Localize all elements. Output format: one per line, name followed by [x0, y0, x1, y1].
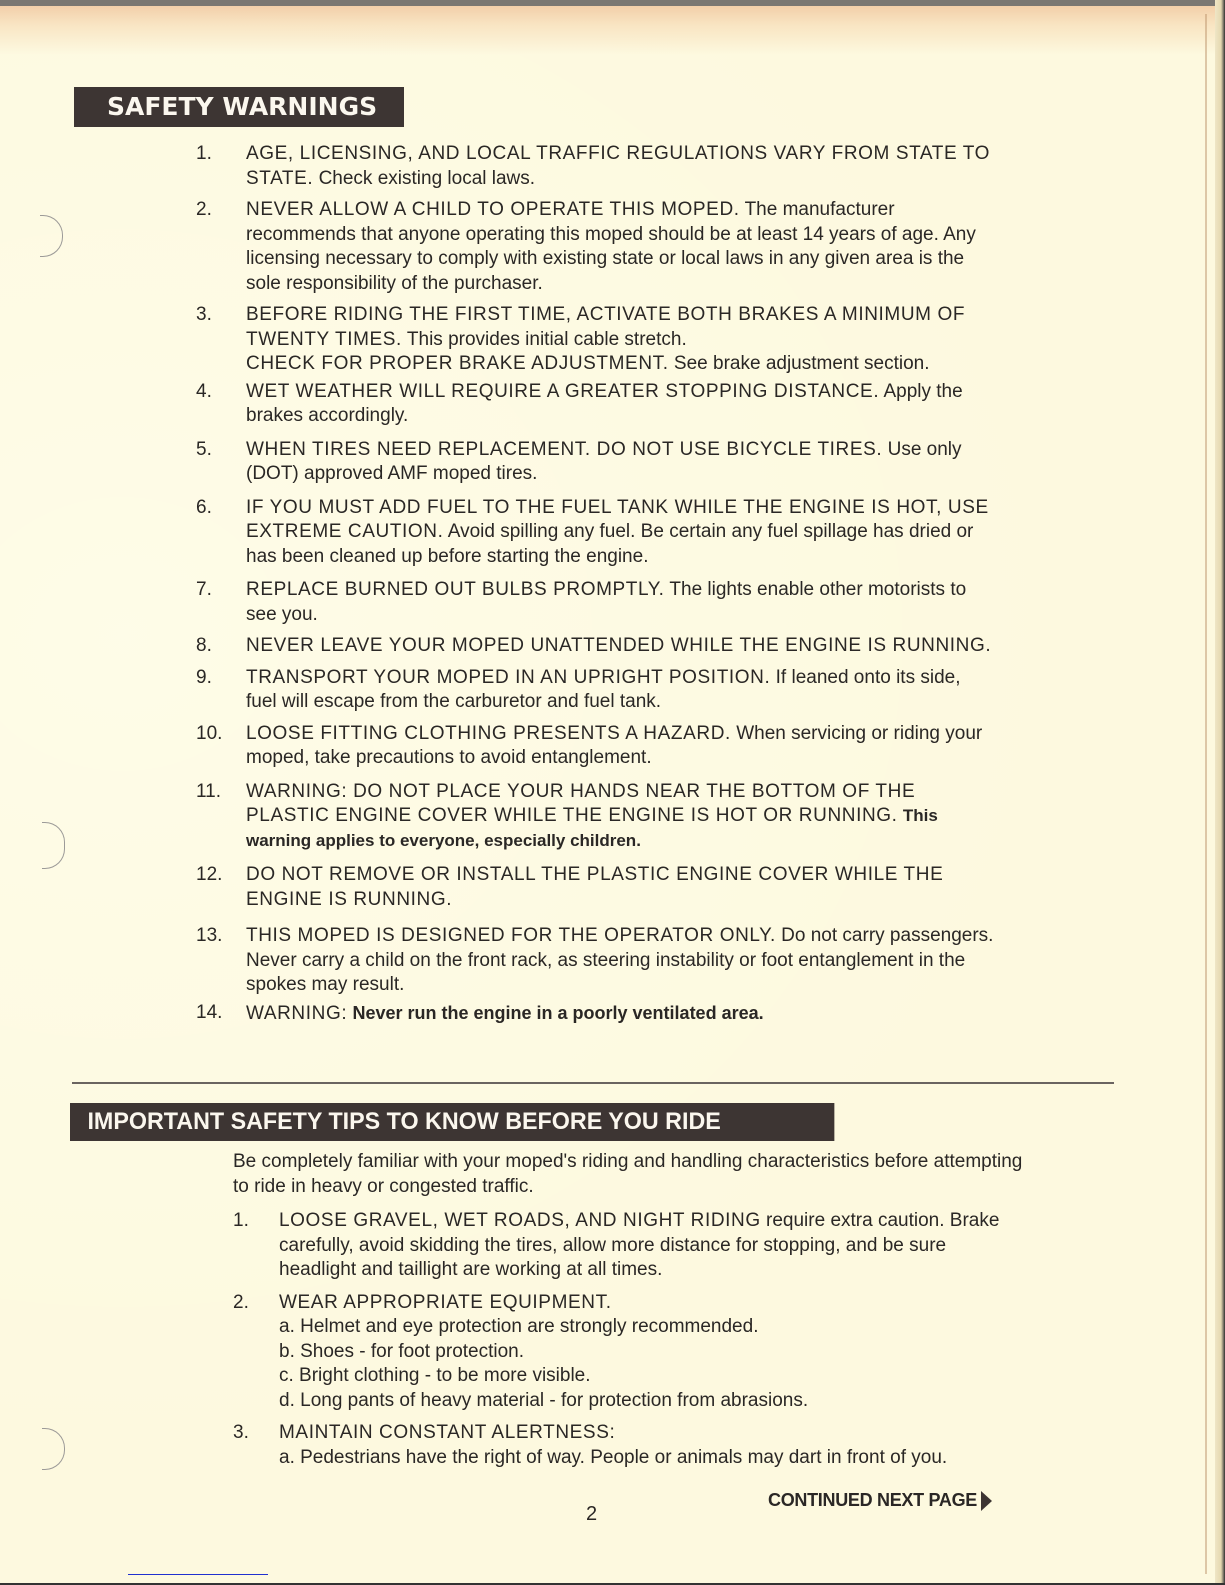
scan-top-edge: [0, 0, 1225, 6]
tip-headline: WEAR APPROPRIATE EQUIPMENT.: [279, 1292, 612, 1313]
safety-tips-section: Be completely familiar with your moped's…: [233, 1150, 1028, 1478]
item-number: 8.: [196, 634, 212, 659]
warning-item: 14.WARNING: Never run the engine in a po…: [196, 1001, 996, 1027]
safety-warnings-heading: SAFETY WARNINGS: [74, 87, 404, 127]
page-fold-line: [1205, 14, 1207, 1574]
item-number: 1.: [196, 142, 212, 167]
item-number: 1.: [233, 1209, 249, 1234]
item-number: 9.: [196, 666, 212, 691]
warning-text: This provides initial cable stretch.: [407, 329, 687, 350]
safety-tips-heading: IMPORTANT SAFETY TIPS TO KNOW BEFORE YOU…: [70, 1103, 834, 1141]
item-number: 12.: [196, 863, 222, 888]
warning-item: 5.WHEN TIRES NEED REPLACEMENT. DO NOT US…: [196, 438, 996, 487]
warning-headline: WARNING:: [246, 1003, 347, 1024]
item-number: 4.: [196, 380, 212, 405]
item-number: 3.: [233, 1421, 249, 1446]
item-number: 11.: [196, 780, 221, 805]
item-number: 6.: [196, 496, 212, 521]
warning-headline: LOOSE FITTING CLOTHING PRESENTS A HAZARD…: [246, 723, 731, 744]
item-number: 3.: [196, 303, 212, 328]
warning-item: 1.AGE, LICENSING, AND LOCAL TRAFFIC REGU…: [196, 142, 996, 191]
tip-item: 1.LOOSE GRAVEL, WET ROADS, AND NIGHT RID…: [233, 1209, 1028, 1283]
warning-headline: THIS MOPED IS DESIGNED FOR THE OPERATOR …: [246, 925, 776, 946]
warning-text: Never run the engine in a poorly ventila…: [352, 1003, 763, 1023]
item-number: 10.: [196, 722, 222, 747]
item-number: 2.: [196, 198, 212, 223]
item-number: 5.: [196, 438, 212, 463]
tip-item: 2.WEAR APPROPRIATE EQUIPMENT. a. Helmet …: [233, 1291, 1028, 1414]
sub-item: b. Shoes - for foot protection.: [279, 1340, 1028, 1365]
item-number: 13.: [196, 924, 222, 949]
warning-text: See brake adjustment section.: [674, 353, 930, 374]
warning-headline: REPLACE BURNED OUT BULBS PROMPTLY.: [246, 579, 664, 600]
warning-item: 13.THIS MOPED IS DESIGNED FOR THE OPERAT…: [196, 924, 996, 998]
sub-item: a. Helmet and eye protection are strongl…: [279, 1315, 1028, 1340]
warning-text: Check existing local laws.: [319, 168, 535, 189]
tip-item: 3.MAINTAIN CONSTANT ALERTNESS: a. Pedest…: [233, 1421, 1028, 1470]
safety-tips-list: 1.LOOSE GRAVEL, WET ROADS, AND NIGHT RID…: [233, 1209, 1028, 1470]
scan-right-edge: [1215, 0, 1225, 1585]
item-number: 7.: [196, 578, 212, 603]
warning-headline: WARNING: DO NOT PLACE YOUR HANDS NEAR TH…: [246, 781, 915, 827]
arrow-right-icon: [981, 1491, 992, 1511]
sub-item: c. Bright clothing - to be more visible.: [279, 1364, 1028, 1389]
warning-item: 8.NEVER LEAVE YOUR MOPED UNATTENDED WHIL…: [196, 634, 996, 659]
warning-headline: NEVER LEAVE YOUR MOPED UNATTENDED WHILE …: [246, 635, 991, 656]
sub-item: a. Pedestrians have the right of way. Pe…: [279, 1446, 1028, 1471]
warning-item: 12.DO NOT REMOVE OR INSTALL THE PLASTIC …: [196, 863, 996, 912]
warning-item: 9.TRANSPORT YOUR MOPED IN AN UPRIGHT POS…: [196, 666, 996, 715]
alertness-sublist: a. Pedestrians have the right of way. Pe…: [279, 1446, 1028, 1471]
warning-item: 2.NEVER ALLOW A CHILD TO OPERATE THIS MO…: [196, 198, 996, 296]
scan-artifact-line: [128, 1574, 268, 1575]
continued-label: CONTINUED NEXT PAGE: [768, 1490, 977, 1511]
warning-item: 11.WARNING: DO NOT PLACE YOUR HANDS NEAR…: [196, 780, 996, 854]
page-number: 2: [586, 1503, 597, 1526]
warning-item: 6.IF YOU MUST ADD FUEL TO THE FUEL TANK …: [196, 496, 996, 570]
warning-headline: WET WEATHER WILL REQUIRE A GREATER STOPP…: [246, 381, 879, 402]
sub-item: d. Long pants of heavy material - for pr…: [279, 1389, 1028, 1414]
item-number: 14.: [196, 1001, 222, 1026]
section-divider: [72, 1082, 1114, 1084]
tips-intro: Be completely familiar with your moped's…: [233, 1150, 1028, 1199]
warning-item: 7.REPLACE BURNED OUT BULBS PROMPTLY. The…: [196, 578, 996, 627]
warning-item: 10.LOOSE FITTING CLOTHING PRESENTS A HAZ…: [196, 722, 996, 771]
warning-headline: CHECK FOR PROPER BRAKE ADJUSTMENT.: [246, 353, 669, 374]
item-number: 2.: [233, 1291, 249, 1316]
warning-headline: DO NOT REMOVE OR INSTALL THE PLASTIC ENG…: [246, 864, 943, 910]
tip-headline: LOOSE GRAVEL, WET ROADS, AND NIGHT RIDIN…: [279, 1210, 761, 1231]
warning-headline: NEVER ALLOW A CHILD TO OPERATE THIS MOPE…: [246, 199, 740, 220]
safety-warnings-list: 1.AGE, LICENSING, AND LOCAL TRAFFIC REGU…: [196, 142, 996, 1026]
warning-item: 3.BEFORE RIDING THE FIRST TIME, ACTIVATE…: [196, 303, 996, 377]
equipment-sublist: a. Helmet and eye protection are strongl…: [279, 1315, 1028, 1413]
warning-headline: WHEN TIRES NEED REPLACEMENT. DO NOT USE …: [246, 439, 882, 460]
continued-next-page-link[interactable]: CONTINUED NEXT PAGE: [768, 1490, 992, 1511]
tip-headline: MAINTAIN CONSTANT ALERTNESS:: [279, 1422, 615, 1443]
warning-item: 4.WET WEATHER WILL REQUIRE A GREATER STO…: [196, 380, 996, 429]
warning-headline: TRANSPORT YOUR MOPED IN AN UPRIGHT POSIT…: [246, 667, 770, 688]
